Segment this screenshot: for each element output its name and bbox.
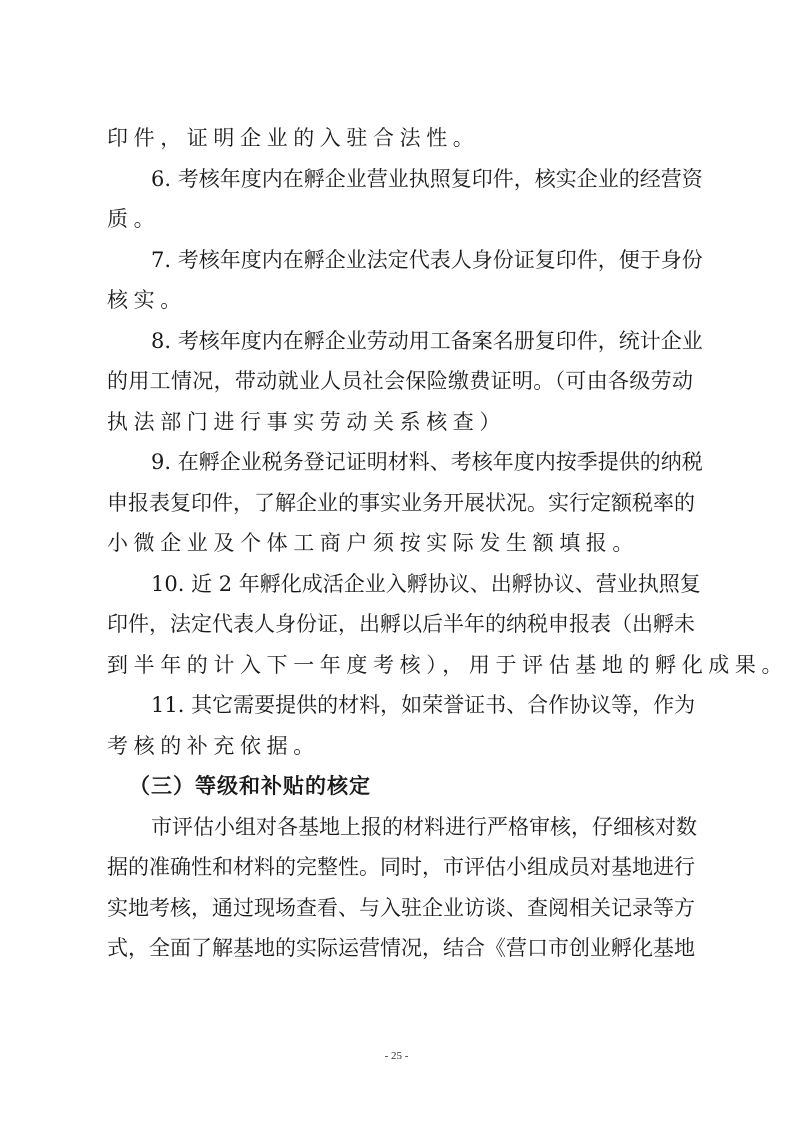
paragraph-line: 申报表复印件，了解企业的事实业务开展状况。实行定额税率的 — [107, 483, 693, 524]
paragraph-line: 实地考核，通过现场查看、与入驻企业访谈、查阅相关记录等方 — [107, 888, 693, 929]
paragraph-line: 执法部门进行事实劳动关系核查） — [107, 402, 693, 443]
paragraph-line: 印件，证明企业的入驻合法性。 — [107, 118, 693, 159]
paragraph-line: 质。 — [107, 199, 693, 240]
paragraph-line: 核实。 — [107, 280, 693, 321]
list-item-10: 10. 近 2 年孵化成活企业入孵协议、出孵协议、营业执照复 — [107, 564, 693, 605]
paragraph-line: 市评估小组对各基地上报的材料进行严格审核，仔细核对数 — [107, 807, 693, 848]
list-item-6: 6. 考核年度内在孵企业营业执照复印件，核实企业的经营资 — [107, 159, 693, 200]
section-heading: （三）等级和补贴的核定 — [107, 766, 693, 807]
paragraph-line: 考核的补充依据。 — [107, 726, 693, 767]
paragraph-line: 式，全面了解基地的实际运营情况，结合《营口市创业孵化基地 — [107, 928, 693, 969]
list-item-8: 8. 考核年度内在孵企业劳动用工备案名册复印件，统计企业 — [107, 321, 693, 362]
document-body: 印件，证明企业的入驻合法性。 6. 考核年度内在孵企业营业执照复印件，核实企业的… — [107, 118, 693, 969]
list-item-7: 7. 考核年度内在孵企业法定代表人身份证复印件，便于身份 — [107, 240, 693, 281]
page-number: - 25 - — [0, 1050, 793, 1062]
paragraph-line: 据的准确性和材料的完整性。同时，市评估小组成员对基地进行 — [107, 847, 693, 888]
paragraph-line: 印件，法定代表人身份证，出孵以后半年的纳税申报表（出孵未 — [107, 604, 693, 645]
paragraph-line: 的用工情况，带动就业人员社会保险缴费证明。（可由各级劳动 — [107, 361, 693, 402]
paragraph-line: 小微企业及个体工商户须按实际发生额填报。 — [107, 523, 693, 564]
list-item-9: 9. 在孵企业税务登记证明材料、考核年度内按季提供的纳税 — [107, 442, 693, 483]
list-item-11: 11. 其它需要提供的材料，如荣誉证书、合作协议等，作为 — [107, 685, 693, 726]
paragraph-line: 到半年的计入下一年度考核），用于评估基地的孵化成果。 — [107, 645, 693, 686]
